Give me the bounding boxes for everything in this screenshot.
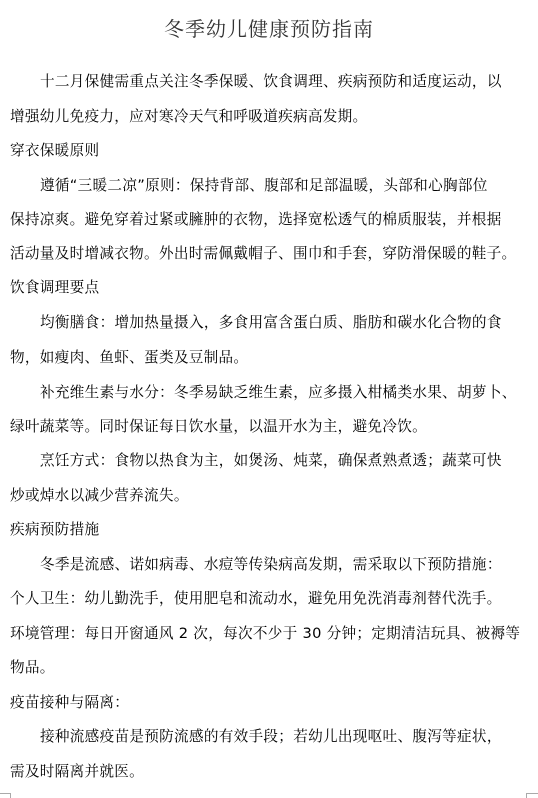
paragraph-line: 活动量及时增减衣物。外出时需佩戴帽子、围巾和手套，穿防滑保暖的鞋子。 xyxy=(10,237,524,271)
paragraph-line: 需及时隔离并就医。 xyxy=(10,755,524,789)
section-heading-diet: 饮食调理要点 xyxy=(10,271,524,305)
paragraph-line: 物品。 xyxy=(10,651,524,685)
section-heading-disease: 疾病预防措施 xyxy=(10,513,524,547)
paragraph-line: 保持凉爽。避免穿着过紧或臃肿的衣物，选择宽松透气的棉质服装，并根据 xyxy=(10,203,524,237)
paragraph-line: 接种流感疫苗是预防流感的有效手段；若幼儿出现呕吐、腹泻等症状， xyxy=(10,720,538,754)
page-corner-mark-right xyxy=(526,793,538,798)
paragraph-line: 炒或焯水以减少营养流失。 xyxy=(10,479,524,513)
paragraph-line: 烹饪方式：食物以热食为主，如煲汤、炖菜，确保煮熟煮透；蔬菜可快 xyxy=(10,444,538,478)
paragraph-line: 环境管理：每日开窗通风 2 次，每次不少于 30 分钟；定期清洁玩具、被褥等 xyxy=(10,617,524,651)
section-heading-clothing: 穿衣保暖原则 xyxy=(10,134,524,168)
paragraph-line: 绿叶蔬菜等。同时保证每日饮水量，以温开水为主，避免冷饮。 xyxy=(10,410,524,444)
paragraph-line: 增强幼儿免疫力，应对寒冷天气和呼吸道疾病高发期。 xyxy=(10,100,524,134)
document-title: 冬季幼儿健康预防指南 xyxy=(0,13,538,42)
section-heading-vaccine: 疫苗接种与隔离： xyxy=(10,686,524,720)
paragraph-line: 均衡膳食：增加热量摄入，多食用富含蛋白质、脂肪和碳水化合物的食 xyxy=(10,306,538,340)
paragraph-line: 补充维生素与水分：冬季易缺乏维生素，应多摄入柑橘类水果、胡萝卜、 xyxy=(10,376,538,410)
paragraph-line: 个人卫生：幼儿勤洗手，使用肥皂和流动水，避免用免洗消毒剂替代洗手。 xyxy=(10,582,524,616)
paragraph-line: 冬季是流感、诺如病毒、水痘等传染病高发期，需采取以下预防措施： xyxy=(10,548,538,582)
paragraph-line: 十二月保健需重点关注冬季保暖、饮食调理、疾病预防和适度运动，以 xyxy=(10,65,538,99)
paragraph-line: 遵循“三暖二凉”原则：保持背部、腹部和足部温暖，头部和心胸部位 xyxy=(10,169,538,203)
paragraph-line: 物，如瘦肉、鱼虾、蛋类及豆制品。 xyxy=(10,341,524,375)
page-corner-mark-left xyxy=(0,793,11,798)
